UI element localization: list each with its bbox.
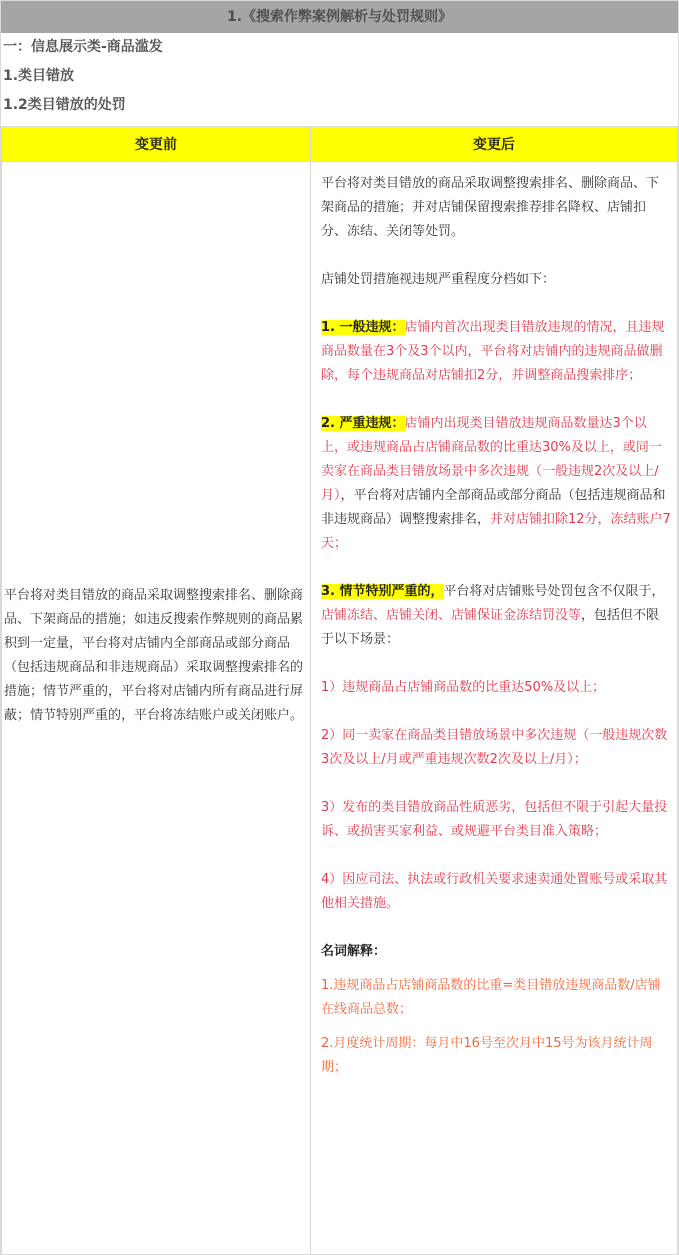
scenario-2: 2）同一卖家在商品类目错放场景中多次违规（一般违规次数3次及以上/月或严重违规次…	[321, 724, 671, 772]
before-cell: 平台将对类目错放的商品采取调整搜索排名、删除商品、下架商品的措施；如违反搜索作弊…	[2, 162, 311, 1255]
comparison-table: 变更前 变更后 平台将对类目错放的商品采取调整搜索排名、删除商品、下架商品的措施…	[1, 126, 678, 1255]
scenario-4: 4）因应司法、执法或行政机关要求速卖通处置账号或采取其他相关措施。	[321, 868, 671, 916]
tier-1: 1. 一般违规：店铺内首次出现类目错放违规的情况，且违规商品数量在3个及3个以内…	[321, 316, 671, 388]
header-before: 变更前	[2, 127, 311, 162]
subsubsection-heading: 1.2类目错放的处罚	[1, 91, 678, 120]
before-text: 平台将对类目错放的商品采取调整搜索排名、删除商品、下架商品的措施；如违反搜索作弊…	[4, 584, 304, 728]
tiers-intro: 店铺处罚措施视违规严重程度分档如下：	[321, 268, 671, 292]
tier-3-text-red: 店铺冻结、店铺关闭、店铺保证金冻结罚没等	[321, 608, 581, 623]
tier-3-text: 平台将对店铺账号处罚包含不仅限于，	[444, 584, 665, 599]
document-title: 1.《搜索作弊案例解析与处罚规则》	[1, 1, 678, 33]
tier-3-label: 3. 情节特别严重的，	[321, 584, 444, 599]
after-intro: 平台将对类目错放的商品采取调整搜索排名、删除商品、下架商品的措施；并对店铺保留搜…	[321, 172, 671, 244]
document-page: 1.《搜索作弊案例解析与处罚规则》 一：信息展示类-商品滥发 1.类目错放 1.…	[0, 0, 679, 1255]
header-after: 变更后	[311, 127, 678, 162]
glossary-item-1: 1.违规商品占店铺商品数的比重=类目错放违规商品数/店铺在线商品总数；	[321, 974, 671, 1022]
subsection-heading: 1.类目错放	[1, 62, 678, 91]
scenario-3: 3）发布的类目错放商品性质恶劣，包括但不限于引起大量投诉、或损害买家利益、或规避…	[321, 796, 671, 844]
table-header-row: 变更前 变更后	[2, 127, 678, 162]
tier-3: 3. 情节特别严重的，平台将对店铺账号处罚包含不仅限于，店铺冻结、店铺关闭、店铺…	[321, 580, 671, 652]
table-row: 平台将对类目错放的商品采取调整搜索排名、删除商品、下架商品的措施；如违反搜索作弊…	[2, 162, 678, 1255]
scenario-1: 1）违规商品占店铺商品数的比重达50%及以上；	[321, 676, 671, 700]
tier-2-label: 2. 严重违规：	[321, 416, 405, 431]
glossary-title: 名词解释：	[321, 940, 671, 964]
tier-2: 2. 严重违规：店铺内出现类目错放违规商品数量达3个以上，或违规商品占店铺商品数…	[321, 412, 671, 556]
after-cell: 平台将对类目错放的商品采取调整搜索排名、删除商品、下架商品的措施；并对店铺保留搜…	[311, 162, 678, 1255]
section-heading: 一：信息展示类-商品滥发	[1, 33, 678, 62]
glossary-item-2: 2.月度统计周期：每月中16号至次月中15号为该月统计周期；	[321, 1032, 671, 1080]
tier-1-label: 1. 一般违规：	[321, 320, 405, 335]
